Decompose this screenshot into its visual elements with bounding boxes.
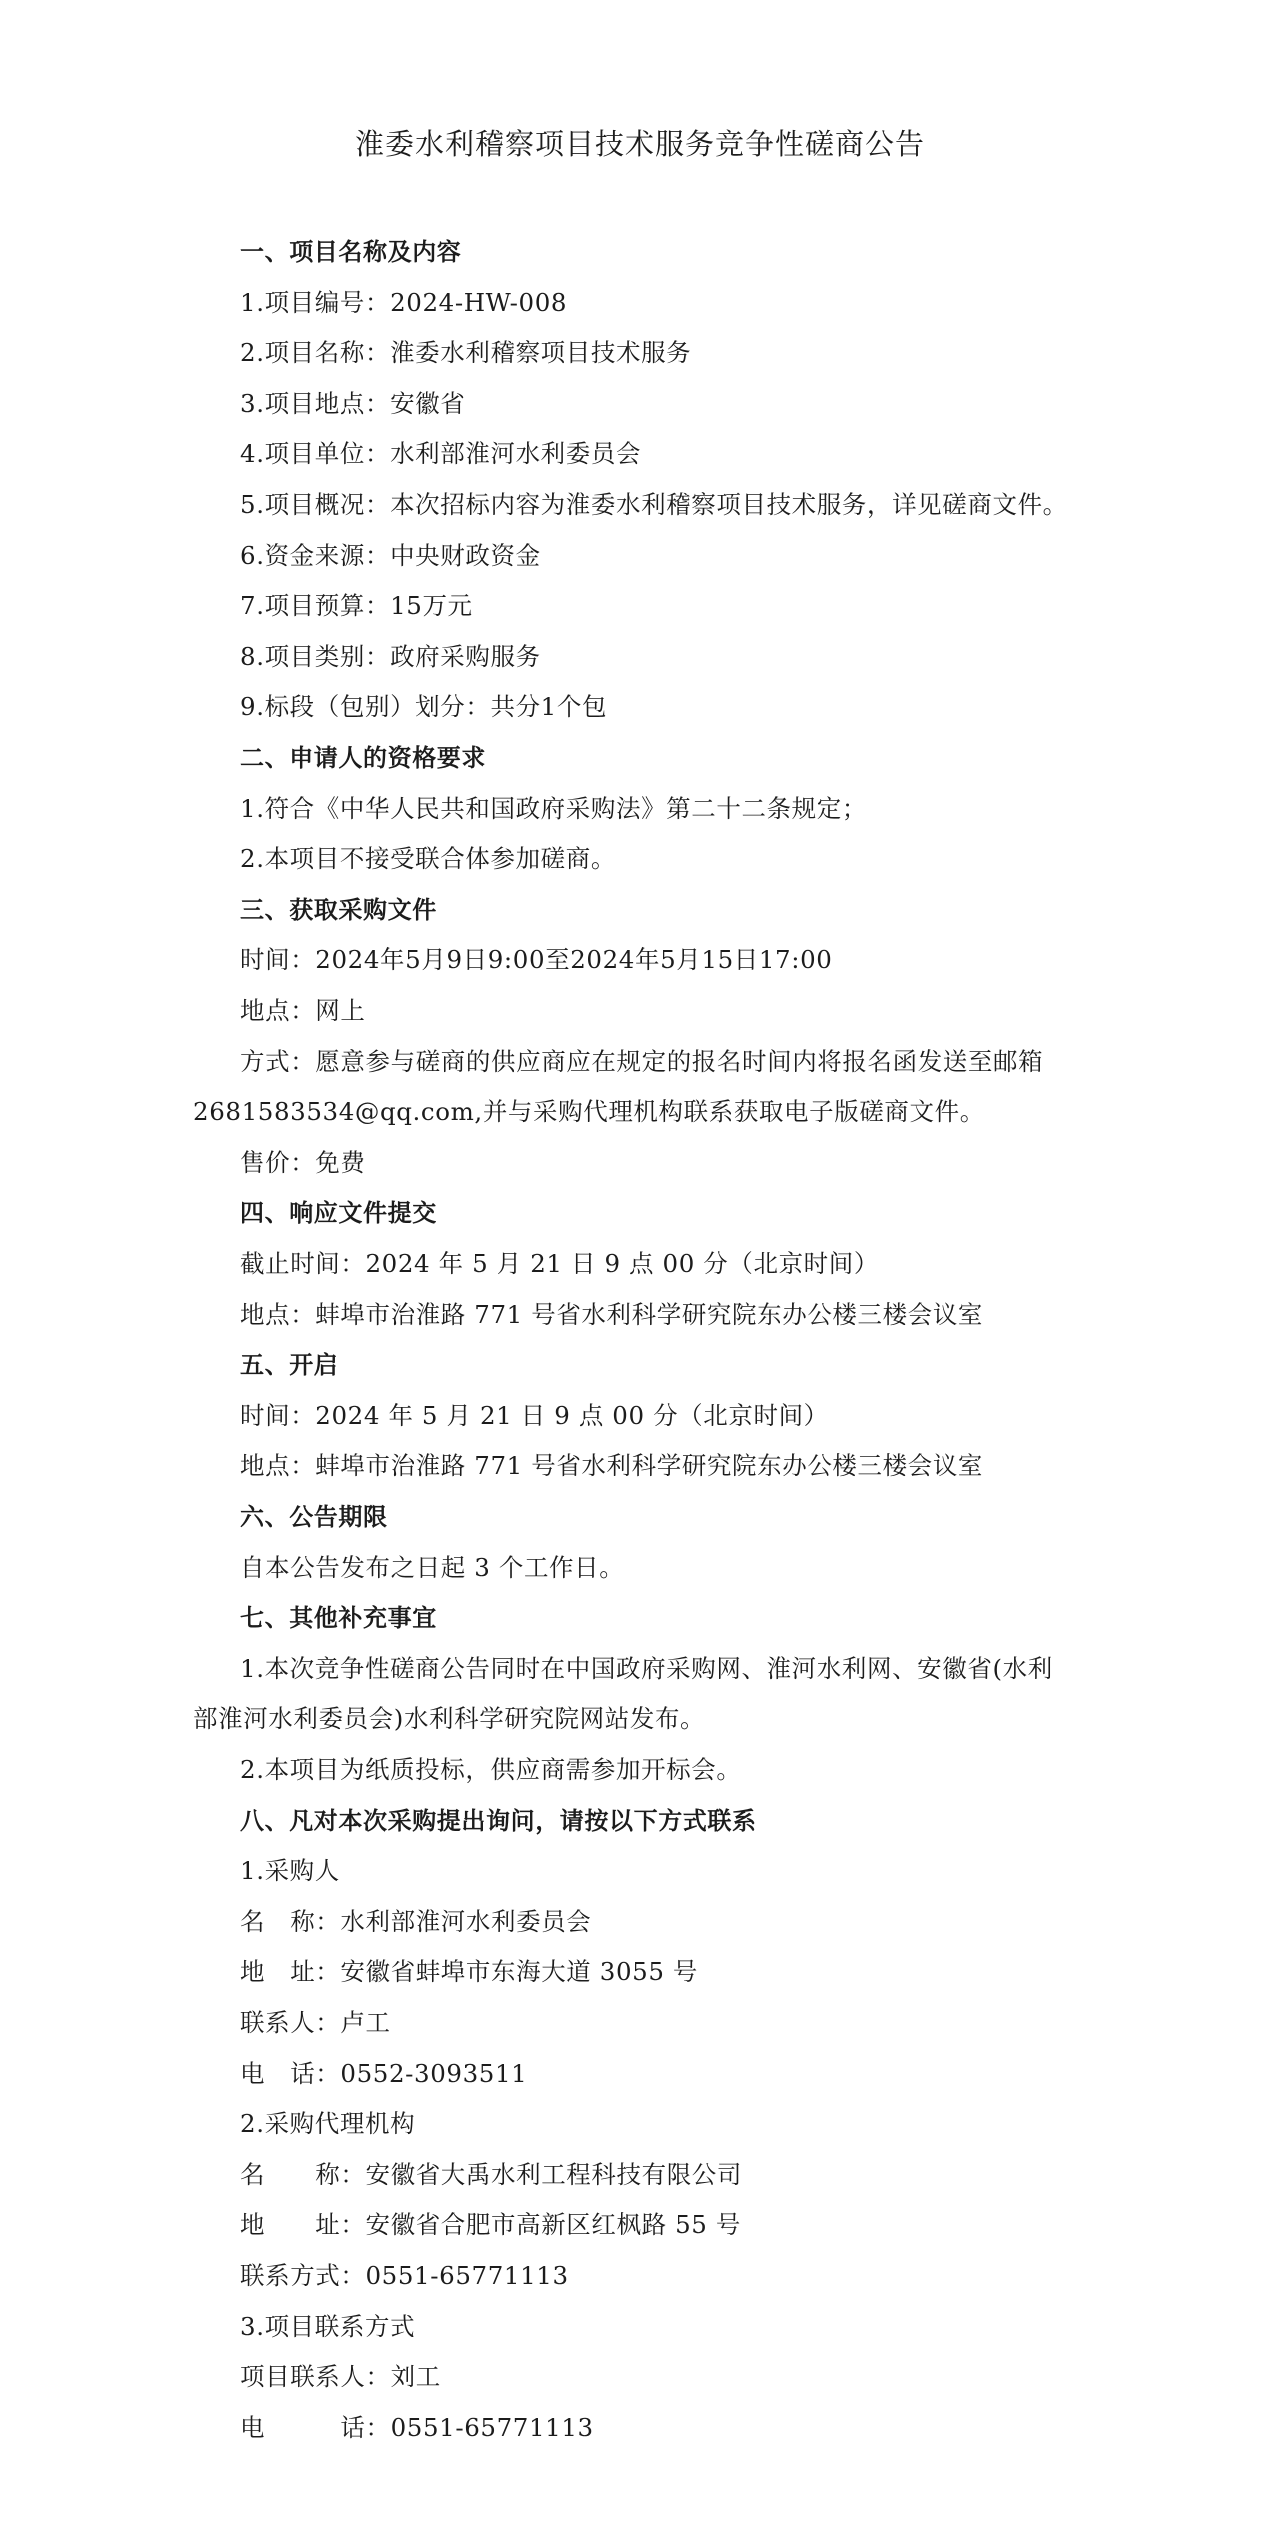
agency-address: 地 址：安徽省合肥市高新区红枫路 55 号 — [240, 2205, 741, 2245]
purchaser-heading: 1.采购人 — [240, 1851, 340, 1891]
opening-location: 地点：蚌埠市治淮路 771 号省水利科学研究院东办公楼三楼会议室 — [240, 1446, 983, 1486]
project-unit: 4.项目单位：水利部淮河水利委员会 — [240, 434, 641, 474]
qualification-1: 1.符合《中华人民共和国政府采购法》第二十二条规定； — [240, 789, 867, 829]
funding-source: 6.资金来源：中央财政资金 — [240, 536, 541, 576]
project-name: 2.项目名称：淮委水利稽察项目技术服务 — [240, 333, 691, 373]
section-heading-7: 七、其他补充事宜 — [240, 1598, 437, 1638]
section-heading-4: 四、响应文件提交 — [240, 1193, 437, 1233]
supplement-1: 1.本次竞争性磋商公告同时在中国政府采购网、淮河水利网、安徽省(水利 — [240, 1649, 1053, 1689]
obtain-method: 方式：愿意参与磋商的供应商应在规定的报名时间内将报名函发送至邮箱 — [240, 1042, 1043, 1082]
section-heading-6: 六、公告期限 — [240, 1497, 388, 1537]
obtain-time: 时间：2024年5月9日9:00至2024年5月15日17:00 — [240, 940, 832, 980]
supplement-2: 2.本项目为纸质投标，供应商需参加开标会。 — [240, 1750, 741, 1790]
project-contact-heading: 3.项目联系方式 — [240, 2307, 415, 2347]
section-heading-5: 五、开启 — [240, 1345, 338, 1385]
purchaser-contact: 联系人：卢工 — [240, 2003, 391, 2043]
purchaser-phone: 电 话：0552-3093511 — [240, 2054, 527, 2094]
document-title: 淮委水利稽察项目技术服务竞争性磋商公告 — [0, 124, 1280, 164]
obtain-location: 地点：网上 — [240, 991, 366, 1031]
project-contact-person: 项目联系人：刘工 — [240, 2357, 441, 2397]
project-number: 1.项目编号：2024-HW-008 — [240, 283, 567, 323]
obtain-method-continued: 2681583534@qq.com,并与采购代理机构联系获取电子版磋商文件。 — [193, 1092, 985, 1132]
obtain-price: 售价：免费 — [240, 1143, 366, 1183]
section-heading-1: 一、项目名称及内容 — [240, 232, 461, 272]
project-location: 3.项目地点：安徽省 — [240, 384, 465, 424]
project-category: 8.项目类别：政府采购服务 — [240, 637, 541, 677]
notice-period: 自本公告发布之日起 3 个工作日。 — [240, 1548, 624, 1588]
submission-location: 地点：蚌埠市治淮路 771 号省水利科学研究院东办公楼三楼会议室 — [240, 1295, 983, 1335]
section-heading-3: 三、获取采购文件 — [240, 890, 437, 930]
qualification-2: 2.本项目不接受联合体参加磋商。 — [240, 839, 616, 879]
section-heading-8: 八、凡对本次采购提出询问，请按以下方式联系 — [240, 1801, 757, 1841]
supplement-1-continued: 部淮河水利委员会)水利科学研究院网站发布。 — [193, 1699, 705, 1739]
package-division: 9.标段（包别）划分：共分1个包 — [240, 687, 607, 727]
project-contact-phone: 电 话：0551-65771113 — [240, 2408, 594, 2448]
agency-heading: 2.采购代理机构 — [240, 2104, 415, 2144]
purchaser-name: 名 称：水利部淮河水利委员会 — [240, 1902, 591, 1942]
project-budget: 7.项目预算：15万元 — [240, 586, 473, 626]
project-overview: 5.项目概况：本次招标内容为淮委水利稽察项目技术服务，详见磋商文件。 — [240, 485, 1068, 525]
agency-contact-method: 联系方式：0551-65771113 — [240, 2256, 569, 2296]
section-heading-2: 二、申请人的资格要求 — [240, 738, 486, 778]
submission-deadline: 截止时间：2024 年 5 月 21 日 9 点 00 分（北京时间） — [240, 1244, 879, 1284]
purchaser-address: 地 址：安徽省蚌埠市东海大道 3055 号 — [240, 1952, 698, 1992]
opening-time: 时间：2024 年 5 月 21 日 9 点 00 分（北京时间） — [240, 1396, 829, 1436]
agency-name: 名 称：安徽省大禹水利工程科技有限公司 — [240, 2155, 742, 2195]
